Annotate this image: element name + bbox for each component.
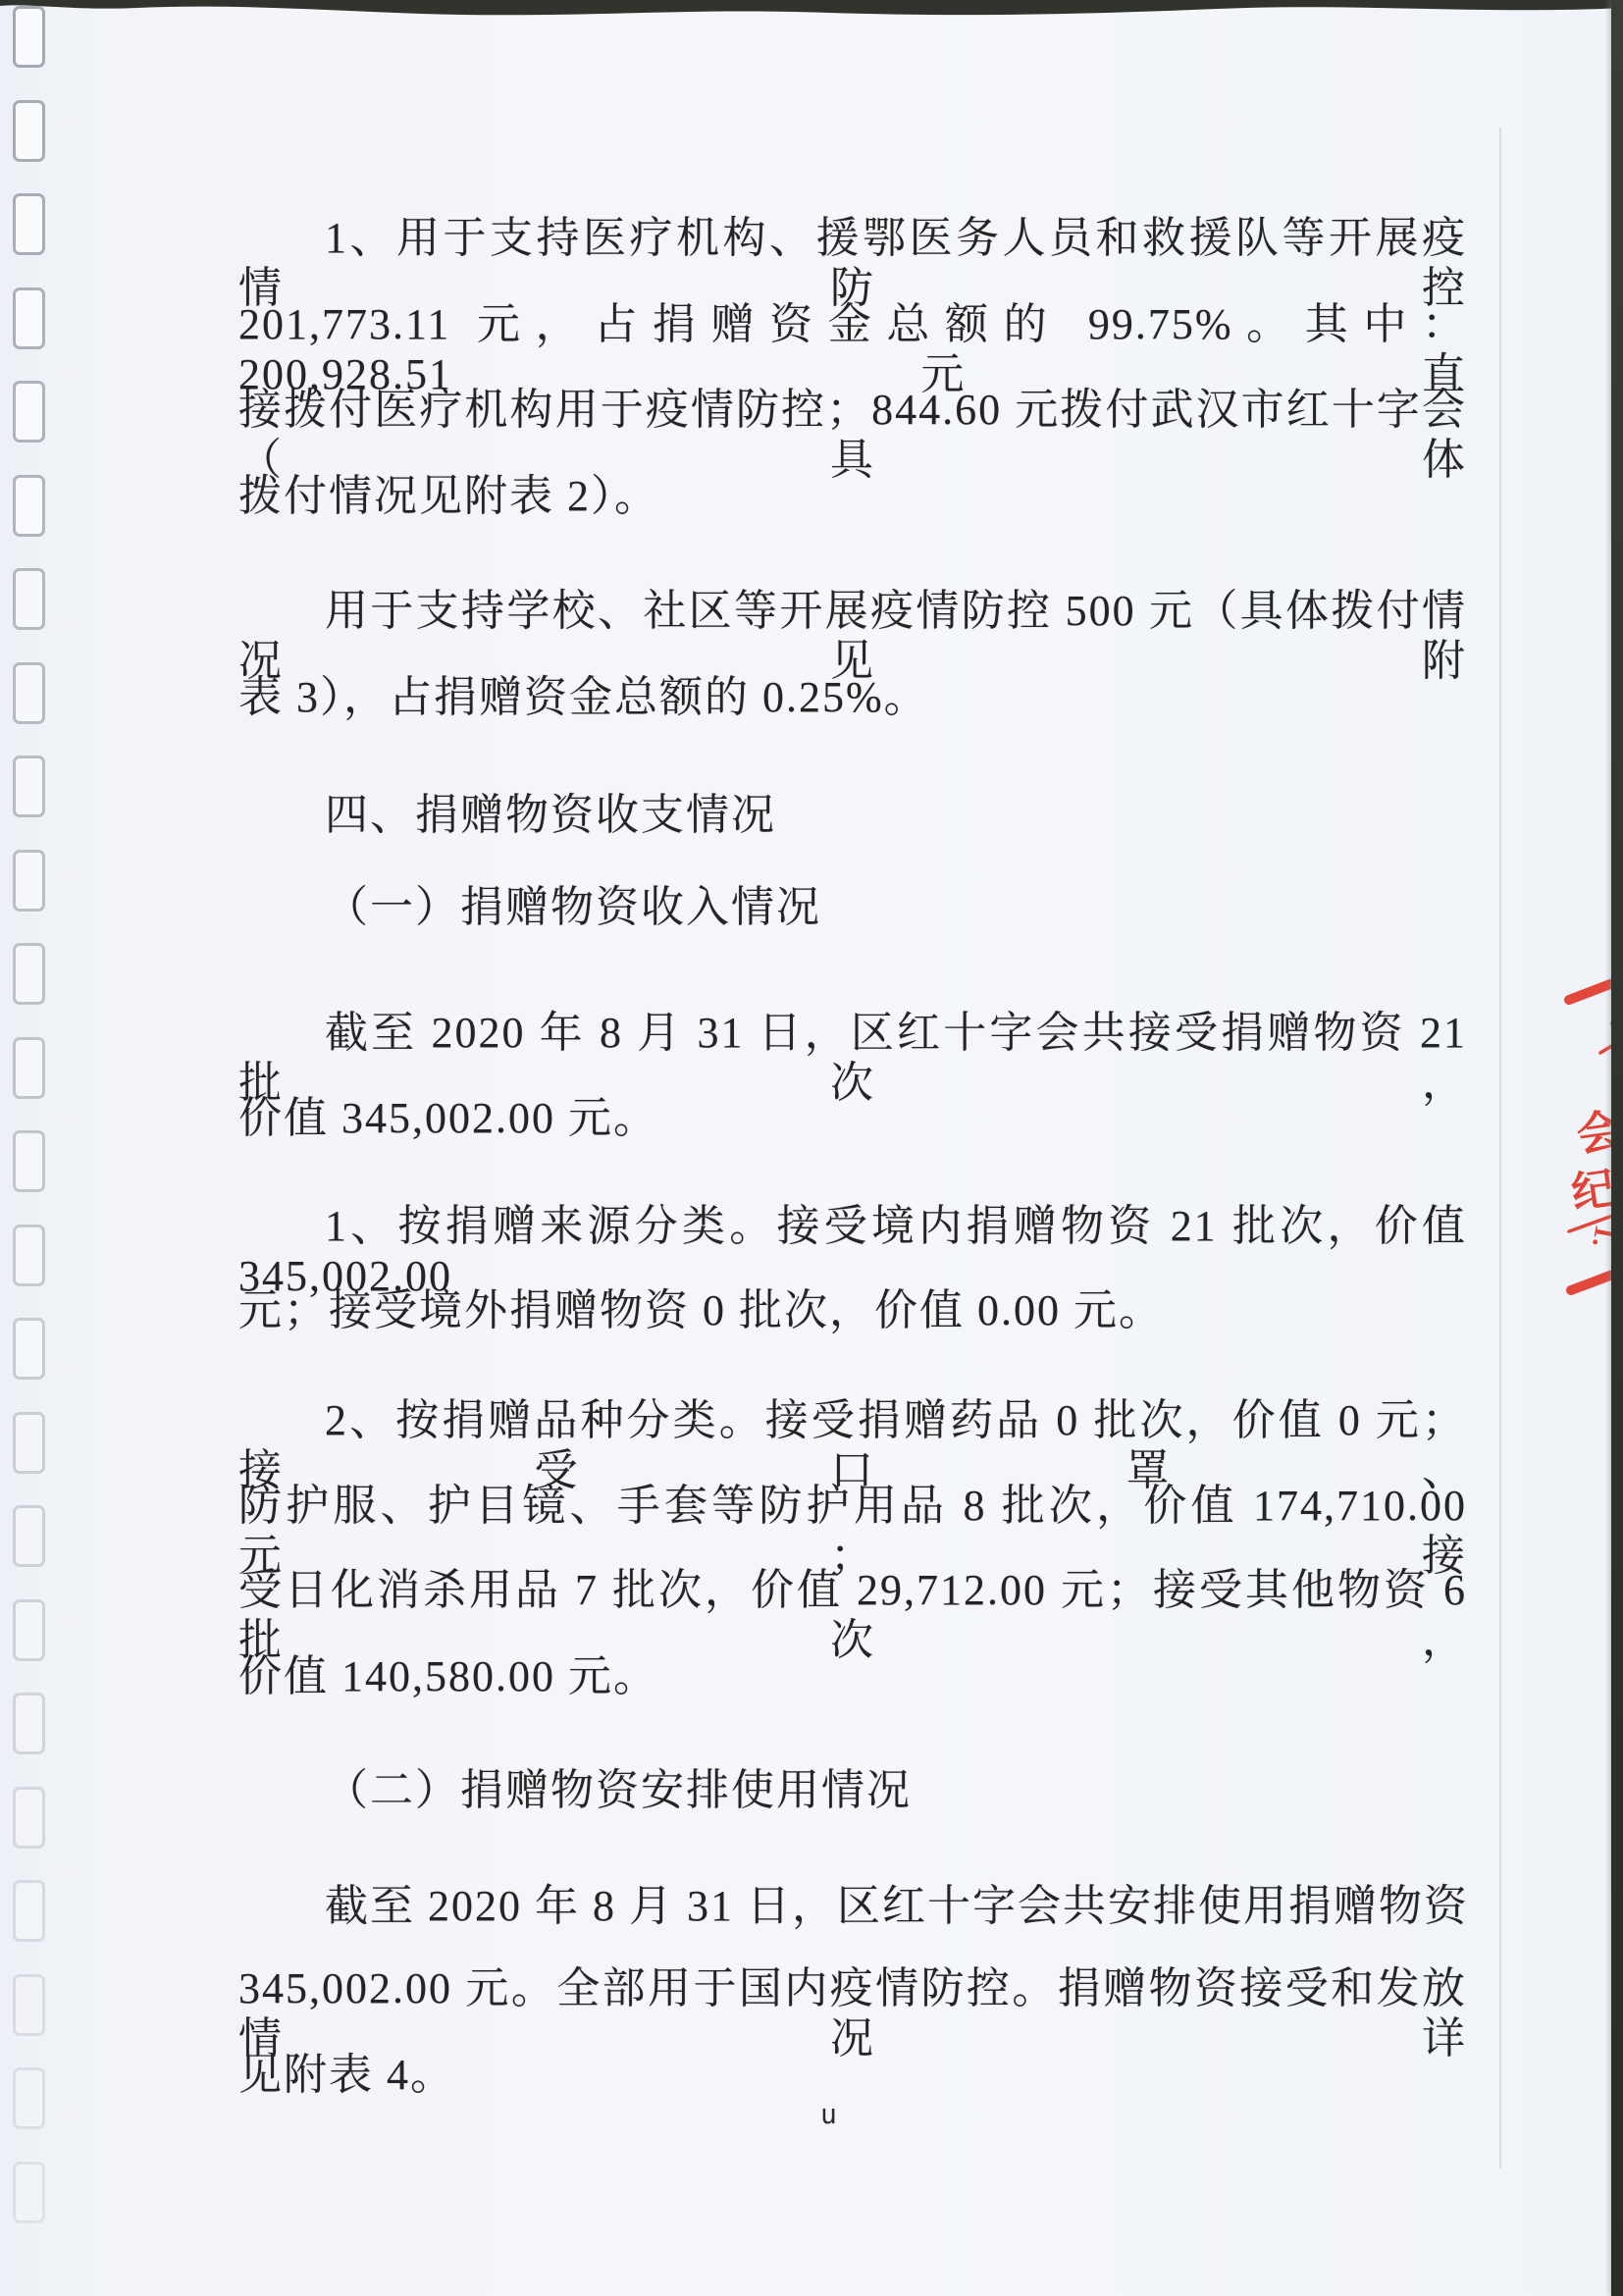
subsection-heading: （二）捐赠物资安排使用情况 <box>238 1766 1467 1816</box>
binding-hole <box>13 381 45 443</box>
paragraph-line: 用于支持学校、社区等开展疫情防控 500 元（具体拨付情况见附 <box>238 587 1467 686</box>
binding-hole <box>13 100 45 162</box>
paragraph-line: 拨付情况见附表 2）。 <box>238 472 1467 522</box>
binding-hole <box>13 2067 45 2129</box>
paragraph-line: 345,002.00 元。全部用于国内疫情防控。捐赠物资接受和发放情况详 <box>238 1964 1467 2063</box>
binding-hole <box>13 756 45 817</box>
binding-hole <box>13 2162 45 2223</box>
paragraph-line: 表 3），占捐赠资金总额的 0.25%。 <box>238 673 1467 723</box>
binding-hole <box>13 1037 45 1099</box>
binding-hole <box>13 1505 45 1567</box>
binding-hole <box>13 6 45 68</box>
binding-hole <box>13 193 45 255</box>
paragraph-line: 价值 345,002.00 元。 <box>238 1094 1467 1144</box>
binding-hole <box>13 1880 45 1942</box>
binding-hole <box>13 1599 45 1661</box>
binding-hole <box>13 1225 45 1286</box>
paragraph-line: 截至 2020 年 8 月 31 日，区红十字会共接受捐赠物资 21 批次， <box>238 1009 1467 1108</box>
binding-hole <box>13 850 45 912</box>
paragraph-line: 见附表 4。 <box>238 2051 1467 2101</box>
binding-hole <box>13 1130 45 1192</box>
binding-hole <box>13 287 45 349</box>
binding-hole <box>13 662 45 724</box>
paragraph-line: 价值 140,580.00 元。 <box>238 1652 1467 1702</box>
binding-hole <box>13 1412 45 1474</box>
binding-hole <box>13 568 45 630</box>
paragraph-line: 截至 2020 年 8 月 31 日，区红十字会共安排使用捐赠物资 <box>238 1882 1467 1932</box>
scanner-right-edge <box>1611 0 1623 2296</box>
paragraph-line: 接拨付医疗机构用于疫情防控；844.60 元拨付武汉市红十字会（具体 <box>238 386 1467 485</box>
binding-hole <box>13 475 45 537</box>
subsection-heading: （一）捐赠物资收入情况 <box>238 883 1467 933</box>
paragraph-line: 201,773.11 元，占捐赠资金总额的 99.75%。其中：200,928.… <box>238 300 1467 399</box>
paragraph-line: 元；接受境外捐赠物资 0 批次，价值 0.00 元。 <box>238 1286 1467 1336</box>
scanner-top-edge <box>0 0 1623 22</box>
binding-hole <box>13 1787 45 1849</box>
page-number-mark: u <box>820 2098 837 2130</box>
paragraph-line: 1、用于支持医疗机构、援鄂医务人员和救援队等开展疫情防控 <box>238 214 1467 313</box>
binding-hole <box>13 943 45 1005</box>
binding-hole <box>13 1318 45 1380</box>
paragraph-line: 2、按捐赠品种分类。接受捐赠药品 0 批次，价值 0 元；接受口罩、 <box>238 1396 1467 1495</box>
scan-fold-line <box>1499 128 1501 2168</box>
section-heading: 四、捐赠物资收支情况 <box>238 791 1467 841</box>
scanned-document-page: 1、用于支持医疗机构、援鄂医务人员和救援队等开展疫情防控 201,773.11 … <box>0 0 1623 2296</box>
paragraph-line: 受日化消杀用品 7 批次，价值 29,712.00 元；接受其他物资 6 批次， <box>238 1566 1467 1665</box>
binding-hole <box>13 1693 45 1754</box>
binding-hole <box>13 1974 45 2036</box>
